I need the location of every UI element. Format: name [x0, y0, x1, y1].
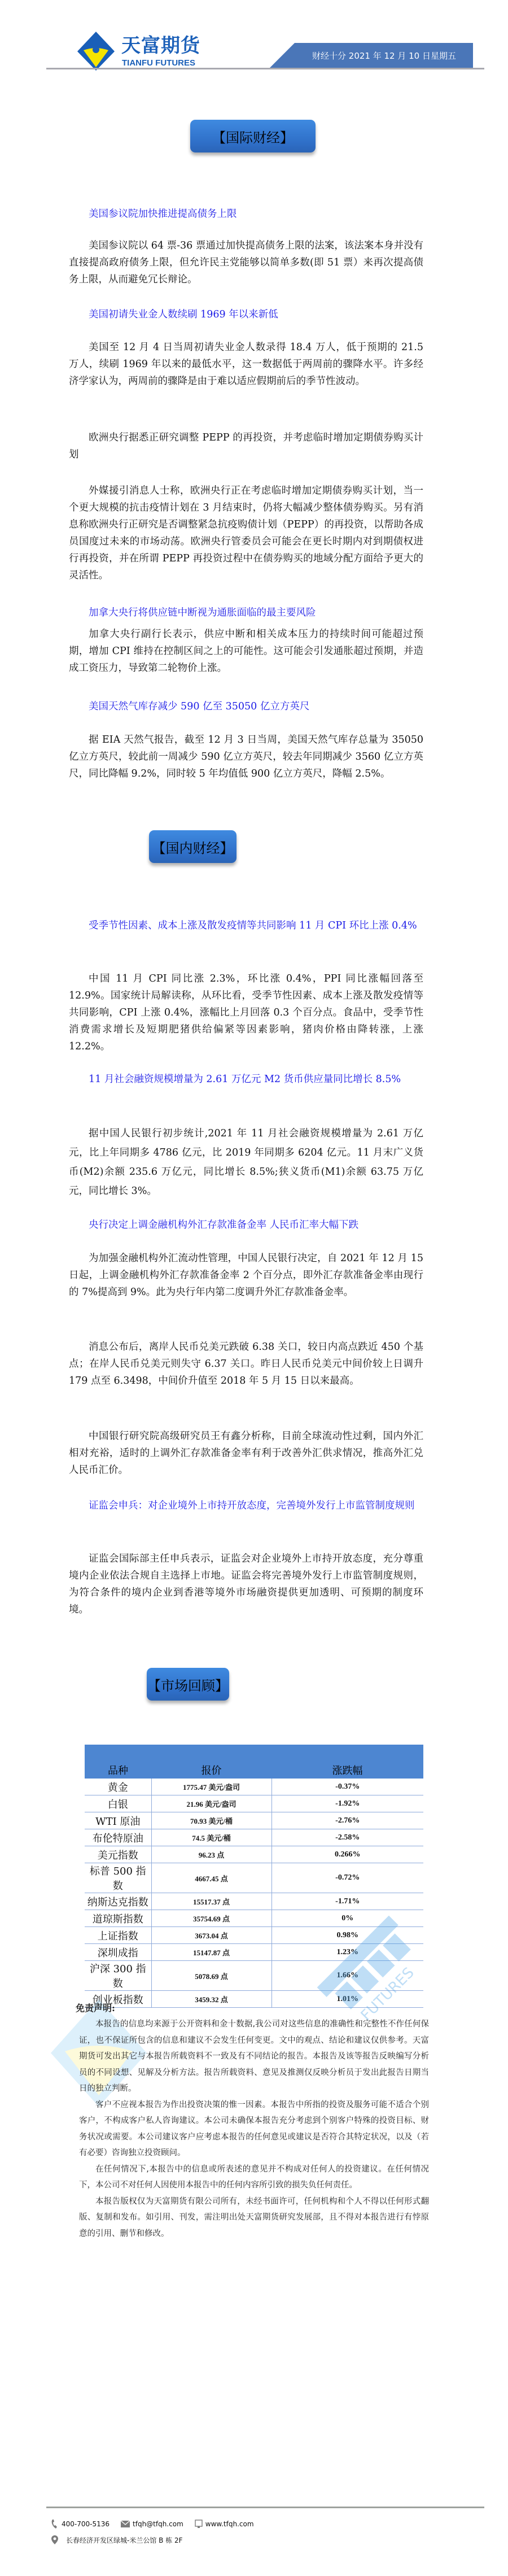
contact-address: 长春经济开发区绿城-米兰公馆 B 栋 2F [51, 2535, 183, 2545]
section-title-domestic: 【国内财经】 [149, 830, 237, 863]
instrument-price: 74.5 美元/桶 [151, 1829, 271, 1846]
instrument-name: 黄金 [85, 1779, 151, 1795]
date-banner: 财经十分 2021 年 12 月 10 日星期五 [270, 43, 473, 68]
table-row: 深圳成指15147.87 点1.23% [85, 1944, 423, 1961]
instrument-name: WTI 原油 [85, 1812, 151, 1829]
table-row: 纳斯达克指数15517.37 点-1.71% [85, 1893, 423, 1910]
article-headline: 美国天然气库存减少 590 亿至 35050 亿立方英尺 [69, 699, 423, 715]
article-headline: 欧洲央行据悉正研究调整 PEPP 的再投资，并考虑临时增加定期债券购买计划 [69, 429, 423, 463]
instrument-name: 标普 500 指数 [85, 1863, 151, 1893]
instrument-change: 0.98% [271, 1927, 423, 1944]
article-body: 消息公布后，离岸人民币兑美元跌破 6.38 关口，较日内高点跌近 450 个基点… [69, 1339, 423, 1389]
report-header: 天富期货 TIANFU FUTURES 财经十分 2021 年 12 月 10 … [0, 0, 508, 73]
article-body: 美国参议院以 64 票-36 票通过加快提高债务上限的法案，该法案本身并没有直接… [69, 237, 423, 288]
instrument-name: 纳斯达克指数 [85, 1893, 151, 1910]
instrument-change: 0.266% [271, 1846, 423, 1863]
article-debt-ceiling: 美国参议院加快推进提高债务上限 [69, 206, 423, 223]
website-link[interactable]: www.tfqh.com [205, 2520, 254, 2528]
phone-number: 400-700-5136 [62, 2520, 110, 2528]
instrument-change: 1.23% [271, 1944, 423, 1961]
article-paragraph: 中国 11 月 CPI 同比涨 2.3%，环比涨 0.4%，PPI 同比涨幅回落… [69, 970, 423, 1055]
column-header-price: 报价 [151, 1745, 271, 1779]
article-body: 证监会国际部主任申兵表示，证监会对企业境外上市持开放态度，充分尊重境内企业依法合… [69, 1550, 423, 1618]
article-headline: 美国初请失业金人数续刷 1969 年以来新低 [69, 307, 423, 323]
instrument-price: 15147.87 点 [151, 1944, 271, 1961]
article-body: 为加强金融机构外汇流动性管理，中国人民银行决定，自 2021 年 12 月 15… [69, 1250, 423, 1301]
article-paragraph: 美国至 12 月 4 日当周初请失业金人数录得 18.4 万人，低于预期的 21… [69, 339, 423, 390]
instrument-name: 沪深 300 指数 [85, 1961, 151, 1991]
instrument-change: -1.71% [271, 1893, 423, 1910]
disclaimer-paragraph: 本报告版权仅为天富期货有限公司所有，未经书面许可，任何机构和个人不得以任何形式翻… [79, 2194, 429, 2242]
instrument-change: -1.92% [271, 1795, 423, 1812]
phone-icon [51, 2519, 59, 2529]
table-row: 标普 500 指数4667.45 点-0.72% [85, 1863, 423, 1893]
article-paragraph: 为加强金融机构外汇流动性管理，中国人民银行决定，自 2021 年 12 月 15… [69, 1250, 423, 1301]
report-date: 财经十分 2021 年 12 月 10 日星期五 [312, 50, 456, 62]
instrument-price: 96.23 点 [151, 1846, 271, 1863]
instrument-price: 1775.47 美元/盎司 [151, 1779, 271, 1795]
article-paragraph: 美国参议院以 64 票-36 票通过加快提高债务上限的法案，该法案本身并没有直接… [69, 237, 423, 288]
article-jobless-claims: 美国初请失业金人数续刷 1969 年以来新低 [69, 307, 423, 323]
article-canada-central-bank: 加拿大央行将供应链中断视为通胀面临的最主要风险 [69, 605, 423, 621]
article-paragraph: 证监会国际部主任申兵表示，证监会对企业境外上市持开放态度，充分尊重境内企业依法合… [69, 1550, 423, 1618]
footer-contacts: 400-700-5136 tfqh@tfqh.com www.tfqh.com … [51, 2516, 262, 2548]
article-headline: 证监会申兵：对企业境外上市持开放态度，完善境外发行上市监管制度规则 [69, 1498, 423, 1514]
article-body: 加拿大央行副行长表示，供应中断和相关成本压力的持续时间可能超过预期，增加 CPI… [69, 626, 423, 677]
market-review-table: 品种 报价 涨跌幅 黄金1775.47 美元/盎司-0.37% 白银21.96 … [85, 1745, 423, 2008]
article-natural-gas: 美国天然气库存减少 590 亿至 35050 亿立方英尺 [69, 699, 423, 715]
article-paragraph: 加拿大央行副行长表示，供应中断和相关成本压力的持续时间可能超过预期，增加 CPI… [69, 626, 423, 677]
contact-phone: 400-700-5136 [51, 2519, 110, 2529]
article-body: 中国银行研究院高级研究员王有鑫分析称，目前全球流动性过剩，国内外汇相对充裕，适时… [69, 1428, 423, 1479]
instrument-price: 4667.45 点 [151, 1863, 271, 1893]
article-ecb-pepp: 欧洲央行据悉正研究调整 PEPP 的再投资，并考虑临时增加定期债券购买计划 [69, 429, 423, 463]
logo-chinese-name: 天富期货 [121, 34, 200, 57]
article-body: 美国至 12 月 4 日当周初请失业金人数录得 18.4 万人，低于预期的 21… [69, 339, 423, 390]
disclaimer: 免责声明: 本报告的信息均来源于公开资料和金十数据,我公司对这些信息的准确性和完… [79, 2001, 429, 2242]
table-row: 沪深 300 指数5078.69 点1.66% [85, 1961, 423, 1991]
disclaimer-title: 免责声明: [76, 2001, 429, 2014]
instrument-name: 布伦特原油 [85, 1829, 151, 1846]
article-body: 中国 11 月 CPI 同比涨 2.3%，环比涨 0.4%，PPI 同比涨幅回落… [69, 970, 423, 1055]
disclaimer-paragraph: 客户不应视本报告为作出投资决策的惟一因素。本报告中所指的投资及服务可能不适合个别… [79, 2097, 429, 2161]
table-row: 布伦特原油74.5 美元/桶-2.58% [85, 1829, 423, 1846]
email-address[interactable]: tfqh@tfqh.com [133, 2520, 183, 2528]
instrument-name: 白银 [85, 1795, 151, 1812]
column-header-instrument: 品种 [85, 1745, 151, 1779]
column-header-change: 涨跌幅 [271, 1745, 423, 1779]
instrument-change: 1.66% [271, 1961, 423, 1991]
tianfu-diamond-logo-icon [76, 31, 116, 71]
address-text: 长春经济开发区绿城-米兰公馆 B 栋 2F [66, 2535, 183, 2545]
contact-email[interactable]: tfqh@tfqh.com [121, 2519, 183, 2529]
article-paragraph: 中国银行研究院高级研究员王有鑫分析称，目前全球流动性过剩，国内外汇相对充裕，适时… [69, 1428, 423, 1479]
article-body: 外媒援引消息人士称，欧洲央行正在考虑临时增加定期债券购买计划，当一个更大规模的抗… [69, 482, 423, 584]
instrument-price: 21.96 美元/盎司 [151, 1795, 271, 1812]
table-row: 白银21.96 美元/盎司-1.92% [85, 1795, 423, 1812]
contact-row: 400-700-5136 tfqh@tfqh.com www.tfqh.com [51, 2516, 262, 2532]
monitor-icon [195, 2519, 203, 2529]
contact-row: 长春经济开发区绿城-米兰公馆 B 栋 2F [51, 2532, 262, 2548]
header-divider [46, 68, 484, 69]
table-row: 道琼斯指数35754.69 点0% [85, 1910, 423, 1927]
logo-english-name: TIANFU FUTURES [122, 58, 195, 68]
instrument-price: 5078.69 点 [151, 1961, 271, 1991]
article-headline: 加拿大央行将供应链中断视为通胀面临的最主要风险 [69, 605, 423, 621]
contact-website[interactable]: www.tfqh.com [195, 2519, 254, 2529]
instrument-name: 美元指数 [85, 1846, 151, 1863]
article-fx-reserve-ratio: 央行决定上调金融机构外汇存款准备金率 人民币汇率大幅下跌 [69, 1217, 423, 1233]
article-headline: 美国参议院加快推进提高债务上限 [69, 206, 423, 223]
company-logo: 天富期货 TIANFU FUTURES [76, 31, 206, 71]
instrument-name: 上证指数 [85, 1927, 151, 1944]
article-paragraph: 外媒援引消息人士称，欧洲央行正在考虑临时增加定期债券购买计划，当一个更大规模的抗… [69, 482, 423, 584]
email-icon [121, 2519, 130, 2529]
table-row: WTI 原油70.93 美元/桶-2.76% [85, 1812, 423, 1829]
article-csrc: 证监会申兵：对企业境外上市持开放态度，完善境外发行上市监管制度规则 [69, 1498, 423, 1514]
table-row: 黄金1775.47 美元/盎司-0.37% [85, 1779, 423, 1795]
article-headline: 11 月社会融资规模增量为 2.61 万亿元 M2 货币供应量同比增长 8.5% [69, 1071, 423, 1088]
instrument-price: 70.93 美元/桶 [151, 1812, 271, 1829]
instrument-change: -2.76% [271, 1812, 423, 1829]
article-paragraph: 据 EIA 天然气报告，截至 12 月 3 日当周，美国天然气库存总量为 350… [69, 731, 423, 782]
article-cpi: 受季节性因素、成本上涨及散发疫情等共同影响 11 月 CPI 环比上涨 0.4% [69, 918, 423, 934]
disclaimer-paragraph: 在任何情况下,本报告中的信息或所表述的意见并不构成对任何人的投资建议。在任何情况… [79, 2161, 429, 2194]
instrument-name: 道琼斯指数 [85, 1910, 151, 1927]
article-paragraph: 据中国人民银行初步统计,2021 年 11 月社会融资规模增量为 2.61 万亿… [69, 1124, 423, 1201]
instrument-name: 深圳成指 [85, 1944, 151, 1961]
table-row: 美元指数96.23 点0.266% [85, 1846, 423, 1863]
instrument-price: 35754.69 点 [151, 1910, 271, 1927]
article-paragraph: 消息公布后，离岸人民币兑美元跌破 6.38 关口，较日内高点跌近 450 个基点… [69, 1339, 423, 1389]
article-headline: 央行决定上调金融机构外汇存款准备金率 人民币汇率大幅下跌 [69, 1217, 423, 1233]
instrument-price: 15517.37 点 [151, 1893, 271, 1910]
instrument-change: 0% [271, 1910, 423, 1927]
table-row: 上证指数3673.04 点0.98% [85, 1927, 423, 1944]
instrument-change: -2.58% [271, 1829, 423, 1846]
section-title-market-review: 【市场回顾】 [147, 1668, 229, 1701]
location-pin-icon [51, 2535, 59, 2545]
footer-divider [46, 2507, 484, 2508]
article-body: 据中国人民银行初步统计,2021 年 11 月社会融资规模增量为 2.61 万亿… [69, 1124, 423, 1201]
article-social-financing: 11 月社会融资规模增量为 2.61 万亿元 M2 货币供应量同比增长 8.5% [69, 1071, 423, 1088]
section-title-international: 【国际财经】 [190, 120, 316, 152]
article-headline: 受季节性因素、成本上涨及散发疫情等共同影响 11 月 CPI 环比上涨 0.4% [69, 918, 423, 934]
instrument-price: 3673.04 点 [151, 1927, 271, 1944]
disclaimer-paragraph: 本报告的信息均来源于公开资料和金十数据,我公司对这些信息的准确性和完整性不作任何… [79, 2016, 429, 2097]
instrument-change: -0.72% [271, 1863, 423, 1893]
article-body: 据 EIA 天然气报告，截至 12 月 3 日当周，美国天然气库存总量为 350… [69, 731, 423, 782]
table-header-row: 品种 报价 涨跌幅 [85, 1745, 423, 1779]
instrument-change: -0.37% [271, 1779, 423, 1795]
